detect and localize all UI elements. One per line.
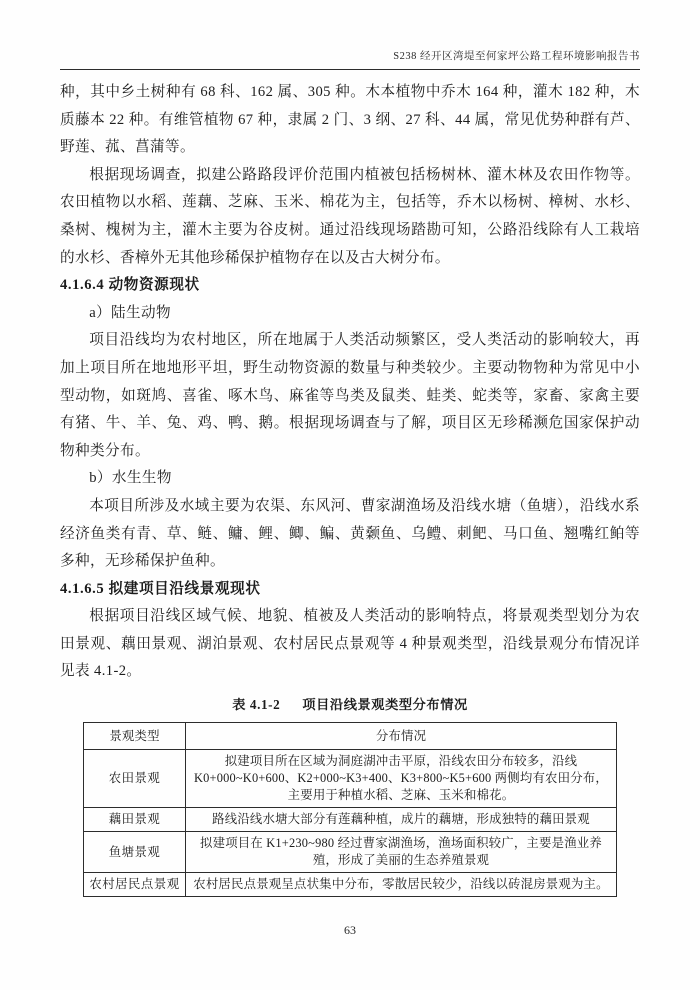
paragraph-terrestrial-animals: 项目沿线均为农村地区，所在地属于人类活动频繁区，受人类活动的影响较大，再加上项目…: [60, 327, 640, 465]
header-title: S238 经开区湾堤至何家坪公路工程环境影响报告书: [60, 50, 640, 64]
subheading-terrestrial-animals: a）陆生动物: [60, 300, 640, 328]
table-row: 鱼塘景观 拟建项目在 K1+230~980 经过曹家湖渔场，渔场面积较广，主要是…: [84, 832, 617, 873]
cell-landscape-type: 鱼塘景观: [84, 832, 186, 873]
table-caption-title: 项目沿线景观类型分布情况: [302, 697, 467, 712]
table-row: 农田景观 拟建项目所在区域为洞庭湖冲击平原，沿线农田分布较多，沿线K0+000~…: [84, 750, 617, 808]
document-page: S238 经开区湾堤至何家坪公路工程环境影响报告书 种，其中乡土树种有 68 科…: [0, 0, 700, 990]
section-heading-landscape-status: 4.1.6.5 拟建项目沿线景观现状: [60, 576, 640, 604]
paragraph-plant-species: 种，其中乡土树种有 68 科、162 属、305 种。木本植物中乔木 164 种…: [60, 79, 640, 162]
document-body: 种，其中乡土树种有 68 科、162 属、305 种。木本植物中乔木 164 种…: [60, 79, 640, 686]
section-heading-animal-resources: 4.1.6.4 动物资源现状: [60, 272, 640, 300]
paragraph-landscape-types: 根据项目沿线区域气候、地貌、植被及人类活动的影响特点，将景观类型划分为农田景观、…: [60, 603, 640, 686]
table-caption: 表 4.1-2项目沿线景观类型分布情况: [60, 694, 640, 716]
paragraph-aquatic-life: 本项目所涉及水域主要为农渠、东风河、曹家湖渔场及沿线水塘（鱼塘），沿线水系经济鱼…: [60, 493, 640, 576]
page-header: S238 经开区湾堤至何家坪公路工程环境影响报告书: [60, 0, 640, 70]
table-row: 农村居民点景观 农村居民点景观呈点状集中分布，零散居民较少，沿线以砖混房景观为主…: [84, 873, 617, 897]
page-number: 63: [0, 923, 700, 938]
cell-distribution: 拟建项目所在区域为洞庭湖冲击平原，沿线农田分布较多，沿线K0+000~K0+60…: [186, 750, 617, 808]
cell-distribution: 拟建项目在 K1+230~980 经过曹家湖渔场，渔场面积较广，主要是渔业养殖，…: [186, 832, 617, 873]
header-rule: [60, 69, 640, 70]
table-header-row: 景观类型 分布情况: [84, 723, 617, 750]
column-header-landscape-type: 景观类型: [84, 723, 186, 750]
cell-landscape-type: 农田景观: [84, 750, 186, 808]
paragraph-vegetation-survey: 根据现场调查，拟建公路路段评价范围内植被包括杨树林、灌木林及农田作物等。农田植物…: [60, 162, 640, 272]
cell-distribution: 路线沿线水塘大部分有莲藕种植，成片的藕塘，形成独特的藕田景观: [186, 808, 617, 832]
cell-landscape-type: 藕田景观: [84, 808, 186, 832]
cell-landscape-type: 农村居民点景观: [84, 873, 186, 897]
table-caption-number: 表 4.1-2: [232, 697, 280, 712]
cell-distribution: 农村居民点景观呈点状集中分布，零散居民较少，沿线以砖混房景观为主。: [186, 873, 617, 897]
landscape-distribution-table: 景观类型 分布情况 农田景观 拟建项目所在区域为洞庭湖冲击平原，沿线农田分布较多…: [83, 722, 617, 897]
column-header-distribution: 分布情况: [186, 723, 617, 750]
subheading-aquatic-life: b）水生生物: [60, 465, 640, 493]
table-row: 藕田景观 路线沿线水塘大部分有莲藕种植，成片的藕塘，形成独特的藕田景观: [84, 808, 617, 832]
